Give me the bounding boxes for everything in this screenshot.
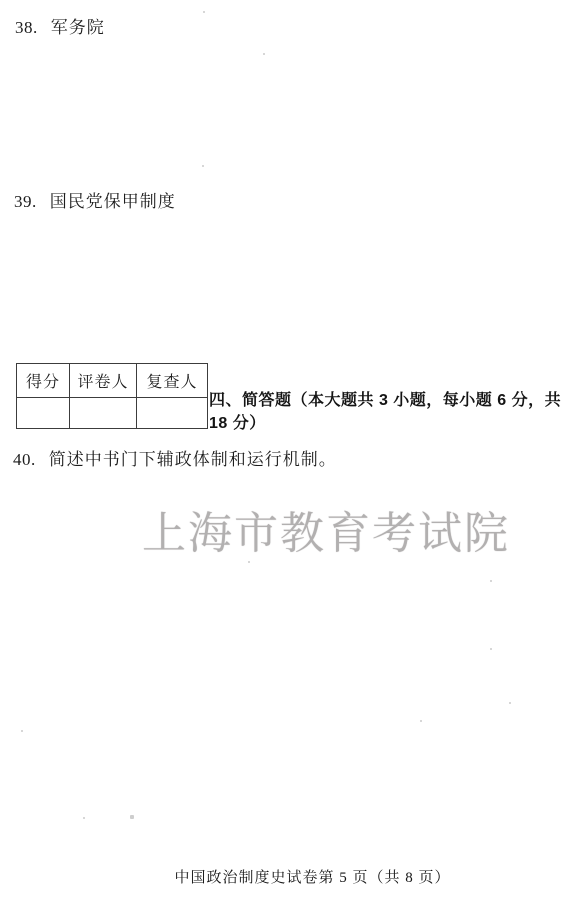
- scan-speck: [490, 580, 492, 582]
- scan-speck: [203, 11, 205, 13]
- scan-speck: [130, 815, 134, 819]
- exam-paper-page: 38.军务院 39.国民党保甲制度 得分 评卷人 复查人 四、简答题（本大题共 …: [0, 0, 583, 914]
- score-table-cell-reviewer: [137, 398, 208, 429]
- score-table-header-grader: 评卷人: [70, 364, 137, 398]
- question-40-text: 简述中书门下辅政体制和运行机制。: [49, 450, 337, 469]
- scan-speck: [420, 720, 422, 722]
- question-38-number: 38.: [15, 18, 38, 37]
- score-table-header-reviewer: 复查人: [137, 364, 208, 398]
- scan-speck: [248, 561, 250, 563]
- scan-speck: [263, 53, 265, 55]
- score-table-header-score: 得分: [17, 364, 70, 398]
- scan-speck: [490, 648, 492, 650]
- scan-speck: [509, 702, 511, 704]
- score-table-header-row: 得分 评卷人 复查人: [17, 364, 208, 398]
- question-40-number: 40.: [13, 450, 36, 469]
- question-38: 38.军务院: [15, 13, 105, 38]
- score-table-cell-grader: [70, 398, 137, 429]
- page-footer: 中国政治制度史试卷第 5 页（共 8 页）: [21, 866, 583, 887]
- score-table: 得分 评卷人 复查人: [16, 363, 208, 429]
- watermark-text: 上海市教育考试院: [142, 497, 510, 561]
- scan-speck: [21, 730, 23, 732]
- section-heading: 四、简答题（本大题共 3 小题，每小题 6 分，共 18 分）: [209, 387, 579, 433]
- question-39-number: 39.: [14, 192, 37, 211]
- scan-speck: [202, 165, 204, 167]
- score-table-cell-score: [17, 398, 70, 429]
- question-38-text: 军务院: [51, 18, 105, 37]
- scan-speck: [83, 817, 85, 819]
- question-39: 39.国民党保甲制度: [14, 187, 176, 212]
- score-table-value-row: [17, 398, 208, 429]
- question-39-text: 国民党保甲制度: [50, 192, 176, 211]
- question-40: 40.简述中书门下辅政体制和运行机制。: [13, 445, 337, 470]
